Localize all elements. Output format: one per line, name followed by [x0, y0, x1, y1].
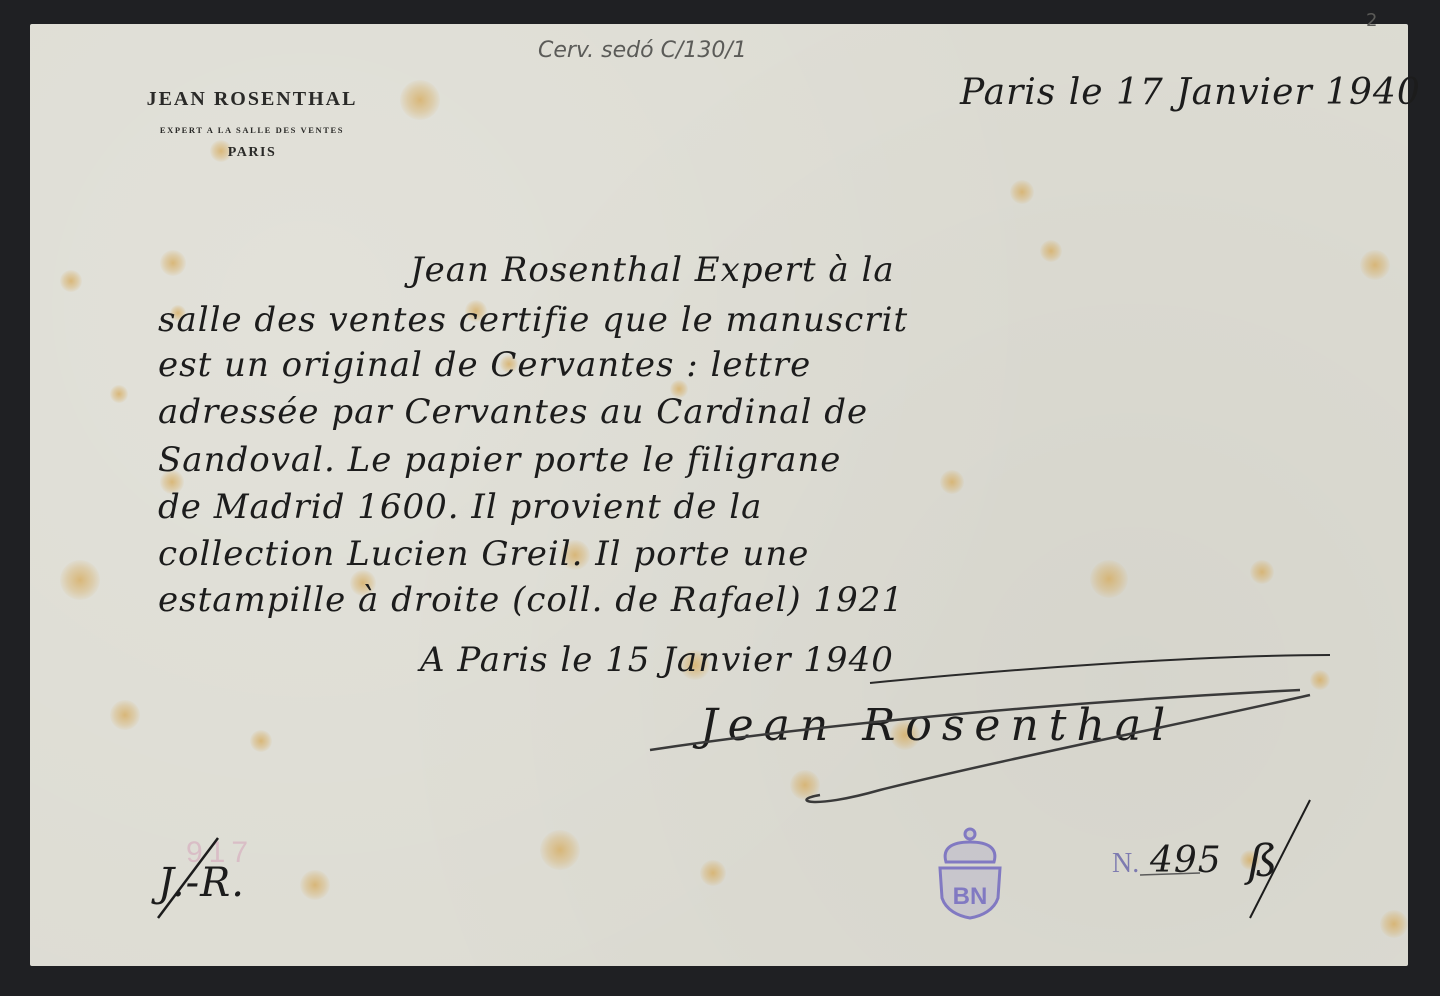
right-mark-stroke — [0, 0, 1440, 996]
